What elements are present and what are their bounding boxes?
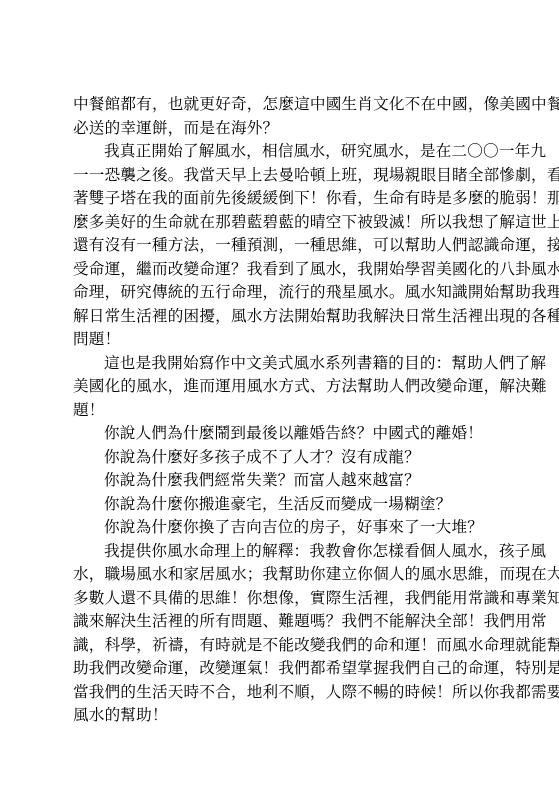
text-line: 風水的幫助！ xyxy=(73,704,487,728)
text-line-indented: 我真正開始了解風水，相信風水，研究風水，是在二〇〇一年九 xyxy=(73,140,487,164)
document-page: 中餐館都有，也就更好奇，怎麼這中國生肖文化不在中國，像美國中餐 必送的幸運餅，而… xyxy=(73,93,487,728)
text-line: 美國化的風水，進而運用風水方式、方法幫助人們改變命運，解決難 xyxy=(73,375,487,399)
text-line: 受命運，繼而改變命運？我看到了風水，我開始學習美國化的八卦風水 xyxy=(73,258,487,282)
text-line: 命理，研究傳統的五行命理，流行的飛星風水。風水知識開始幫助我理 xyxy=(73,281,487,305)
paragraph-book-purpose: 這也是我開始寫作中文美式風水系列書籍的目的：幫助人們了解 美國化的風水，進而運用… xyxy=(73,352,487,423)
text-line: 助我們改變命運，改變運氣！我們都希望掌握我們自己的命運，特別是 xyxy=(73,657,487,681)
text-line: 識，科學，祈禱，有時就是不能改變我們的命和運！而風水命理就能幫 xyxy=(73,634,487,658)
text-line-indented: 我提供你風水命理上的解釋：我教會你怎樣看個人風水，孩子風 xyxy=(73,540,487,564)
text-line: 題！ xyxy=(73,399,487,423)
paragraph-offer: 我提供你風水命理上的解釋：我教會你怎樣看個人風水，孩子風 水，職場風水和家居風水… xyxy=(73,540,487,728)
question-line: 你說為什麼好多孩子成不了人才？沒有成龍？ xyxy=(73,446,487,470)
question-line: 你說為什麼你換了吉向吉位的房子，好事來了一大堆？ xyxy=(73,516,487,540)
text-line-indented: 這也是我開始寫作中文美式風水系列書籍的目的：幫助人們了解 xyxy=(73,352,487,376)
paragraph-continuation: 中餐館都有，也就更好奇，怎麼這中國生肖文化不在中國，像美國中餐 必送的幸運餅，而… xyxy=(73,93,487,140)
text-line: 問題！ xyxy=(73,328,487,352)
text-line: 中餐館都有，也就更好奇，怎麼這中國生肖文化不在中國，像美國中餐 xyxy=(73,93,487,117)
text-line: 水，職場風水和家居風水；我幫助你建立你個人的風水思維，而現在大 xyxy=(73,563,487,587)
paragraph-learning-fengshui: 我真正開始了解風水，相信風水，研究風水，是在二〇〇一年九 一一恐襲之後。我當天早… xyxy=(73,140,487,352)
text-line: 著雙子塔在我的面前先後緩緩倒下！你看，生命有時是多麼的脆弱！那 xyxy=(73,187,487,211)
text-line: 一一恐襲之後。我當天早上去曼哈頓上班，現場親眼目睹全部慘劇，看 xyxy=(73,164,487,188)
question-line: 你說人們為什麼鬧到最後以離婚告終？中國式的離婚！ xyxy=(73,422,487,446)
text-line: 還有沒有一種方法，一種預測，一種思維，可以幫助人們認識命運，接 xyxy=(73,234,487,258)
text-line: 當我們的生活天時不合，地利不順，人際不暢的時候！所以你我都需要 xyxy=(73,681,487,705)
text-line: 必送的幸運餅，而是在海外？ xyxy=(73,117,487,141)
question-line: 你說為什麼我們經常失業？而富人越來越富？ xyxy=(73,469,487,493)
text-line: 多數人還不具備的思維！你想像，實際生活裡，我們能用常識和專業知 xyxy=(73,587,487,611)
question-line: 你說為什麼你搬進豪宅，生活反而變成一場糊塗？ xyxy=(73,493,487,517)
text-line: 解日常生活裡的困擾，風水方法開始幫助我解決日常生活裡出現的各種 xyxy=(73,305,487,329)
paragraph-questions: 你說人們為什麼鬧到最後以離婚告終？中國式的離婚！ 你說為什麼好多孩子成不了人才？… xyxy=(73,422,487,540)
text-line: 識來解決生活裡的所有問題、難題嗎？我們不能解決全部！我們用常 xyxy=(73,610,487,634)
text-line: 麼多美好的生命就在那碧藍碧藍的晴空下被毀滅！所以我想了解這世上 xyxy=(73,211,487,235)
